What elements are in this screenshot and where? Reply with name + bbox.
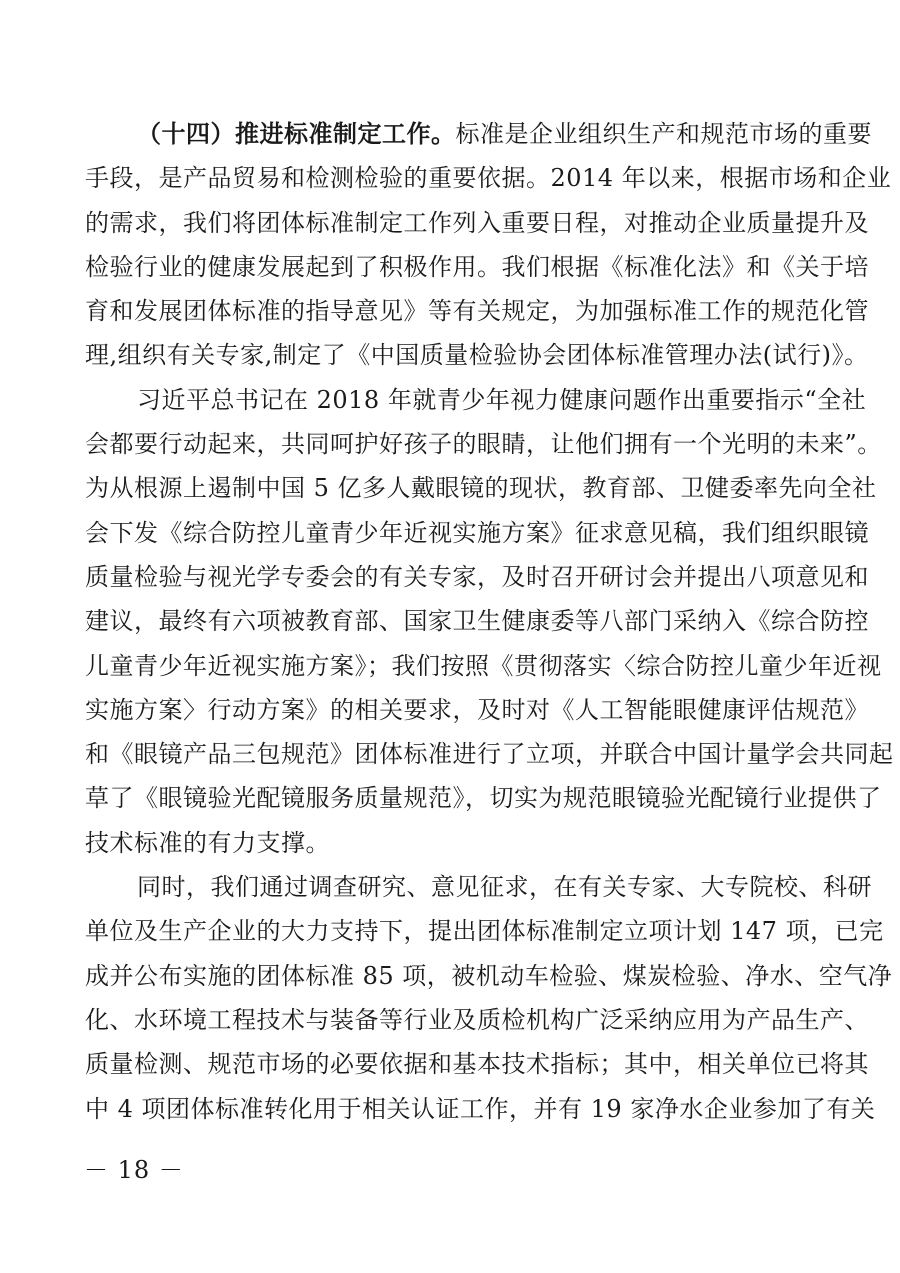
document-page: （十四）推进标准制定工作。标准是企业组织生产和规范市场的重要 手段，是产品贸易和… xyxy=(0,0,900,1273)
paragraph-2-line-11: 技术标准的有力支撑。 xyxy=(85,821,815,865)
paragraph-3-line-4: 化、水环境工程技术与装备等行业及质检机构广泛采纳应用为产品生产、 xyxy=(85,998,815,1042)
paragraph-3-line-6: 中 4 项团体标准转化用于相关认证工作，并有 19 家净水企业参加了有关 xyxy=(85,1087,815,1131)
paragraph-2-line-6: 建议，最终有六项被教育部、国家卫生健康委等八部门采纳入《综合防控 xyxy=(85,599,815,643)
paragraph-2-line-4: 会下发《综合防控儿童青少年近视实施方案》征求意见稿，我们组织眼镜 xyxy=(85,511,815,555)
paragraph-3-line-2: 单位及生产企业的大力支持下，提出团体标准制定立项计划 147 项，已完 xyxy=(85,909,815,953)
page-number: － 18 － xyxy=(84,1150,184,1185)
paragraph-2-line-10: 草了《眼镜验光配镜服务质量规范》，切实为规范眼镜验光配镜行业提供了 xyxy=(85,776,815,820)
paragraph-2-line-1: 习近平总书记在 2018 年就青少年视力健康问题作出重要指示“全社 xyxy=(85,378,815,422)
paragraph-3-line-1: 同时，我们通过调查研究、意见征求，在有关专家、大专院校、科研 xyxy=(85,865,815,909)
paragraph-1-line-5: 育和发展团体标准的指导意见》等有关规定，为加强标准工作的规范化管 xyxy=(85,289,815,333)
paragraph-1-line-4: 检验行业的健康发展起到了积极作用。我们根据《标准化法》和《关于培 xyxy=(85,245,815,289)
paragraph-2-line-3: 为从根源上遏制中国 5 亿多人戴眼镜的现状，教育部、卫健委率先向全社 xyxy=(85,466,815,510)
paragraph-1-line-6: 理,组织有关专家,制定了《中国质量检验协会团体标准管理办法(试行)》。 xyxy=(85,333,815,377)
paragraph-1-line-3: 的需求，我们将团体标准制定工作列入重要日程，对推动企业质量提升及 xyxy=(85,201,815,245)
paragraph-1-line-1: （十四）推进标准制定工作。标准是企业组织生产和规范市场的重要 xyxy=(85,112,815,156)
paragraph-2-line-5: 质量检验与视光学专委会的有关专家，及时召开研讨会并提出八项意见和 xyxy=(85,555,815,599)
paragraph-2-line-2: 会都要行动起来，共同呵护好孩子的眼睛，让他们拥有一个光明的未来”。 xyxy=(85,422,815,466)
paragraph-1-line-2: 手段，是产品贸易和检测检验的重要依据。2014 年以来，根据市场和企业 xyxy=(85,156,815,200)
paragraph-3-line-3: 成并公布实施的团体标准 85 项，被机动车检验、煤炭检验、净水、空气净 xyxy=(85,954,815,998)
text-span: 标准是企业组织生产和规范市场的重要 xyxy=(456,120,873,148)
paragraph-2-line-9: 和《眼镜产品三包规范》团体标准进行了立项，并联合中国计量学会共同起 xyxy=(85,732,815,776)
section-heading: （十四）推进标准制定工作。 xyxy=(137,120,456,148)
paragraph-3-line-5: 质量检测、规范市场的必要依据和基本技术指标；其中，相关单位已将其 xyxy=(85,1042,815,1086)
paragraph-2-line-8: 实施方案〉行动方案》的相关要求，及时对《人工智能眼健康评估规范》 xyxy=(85,688,815,732)
document-body: （十四）推进标准制定工作。标准是企业组织生产和规范市场的重要 手段，是产品贸易和… xyxy=(85,112,815,1131)
paragraph-2-line-7: 儿童青少年近视实施方案》；我们按照《贯彻落实〈综合防控儿童少年近视 xyxy=(85,644,815,688)
